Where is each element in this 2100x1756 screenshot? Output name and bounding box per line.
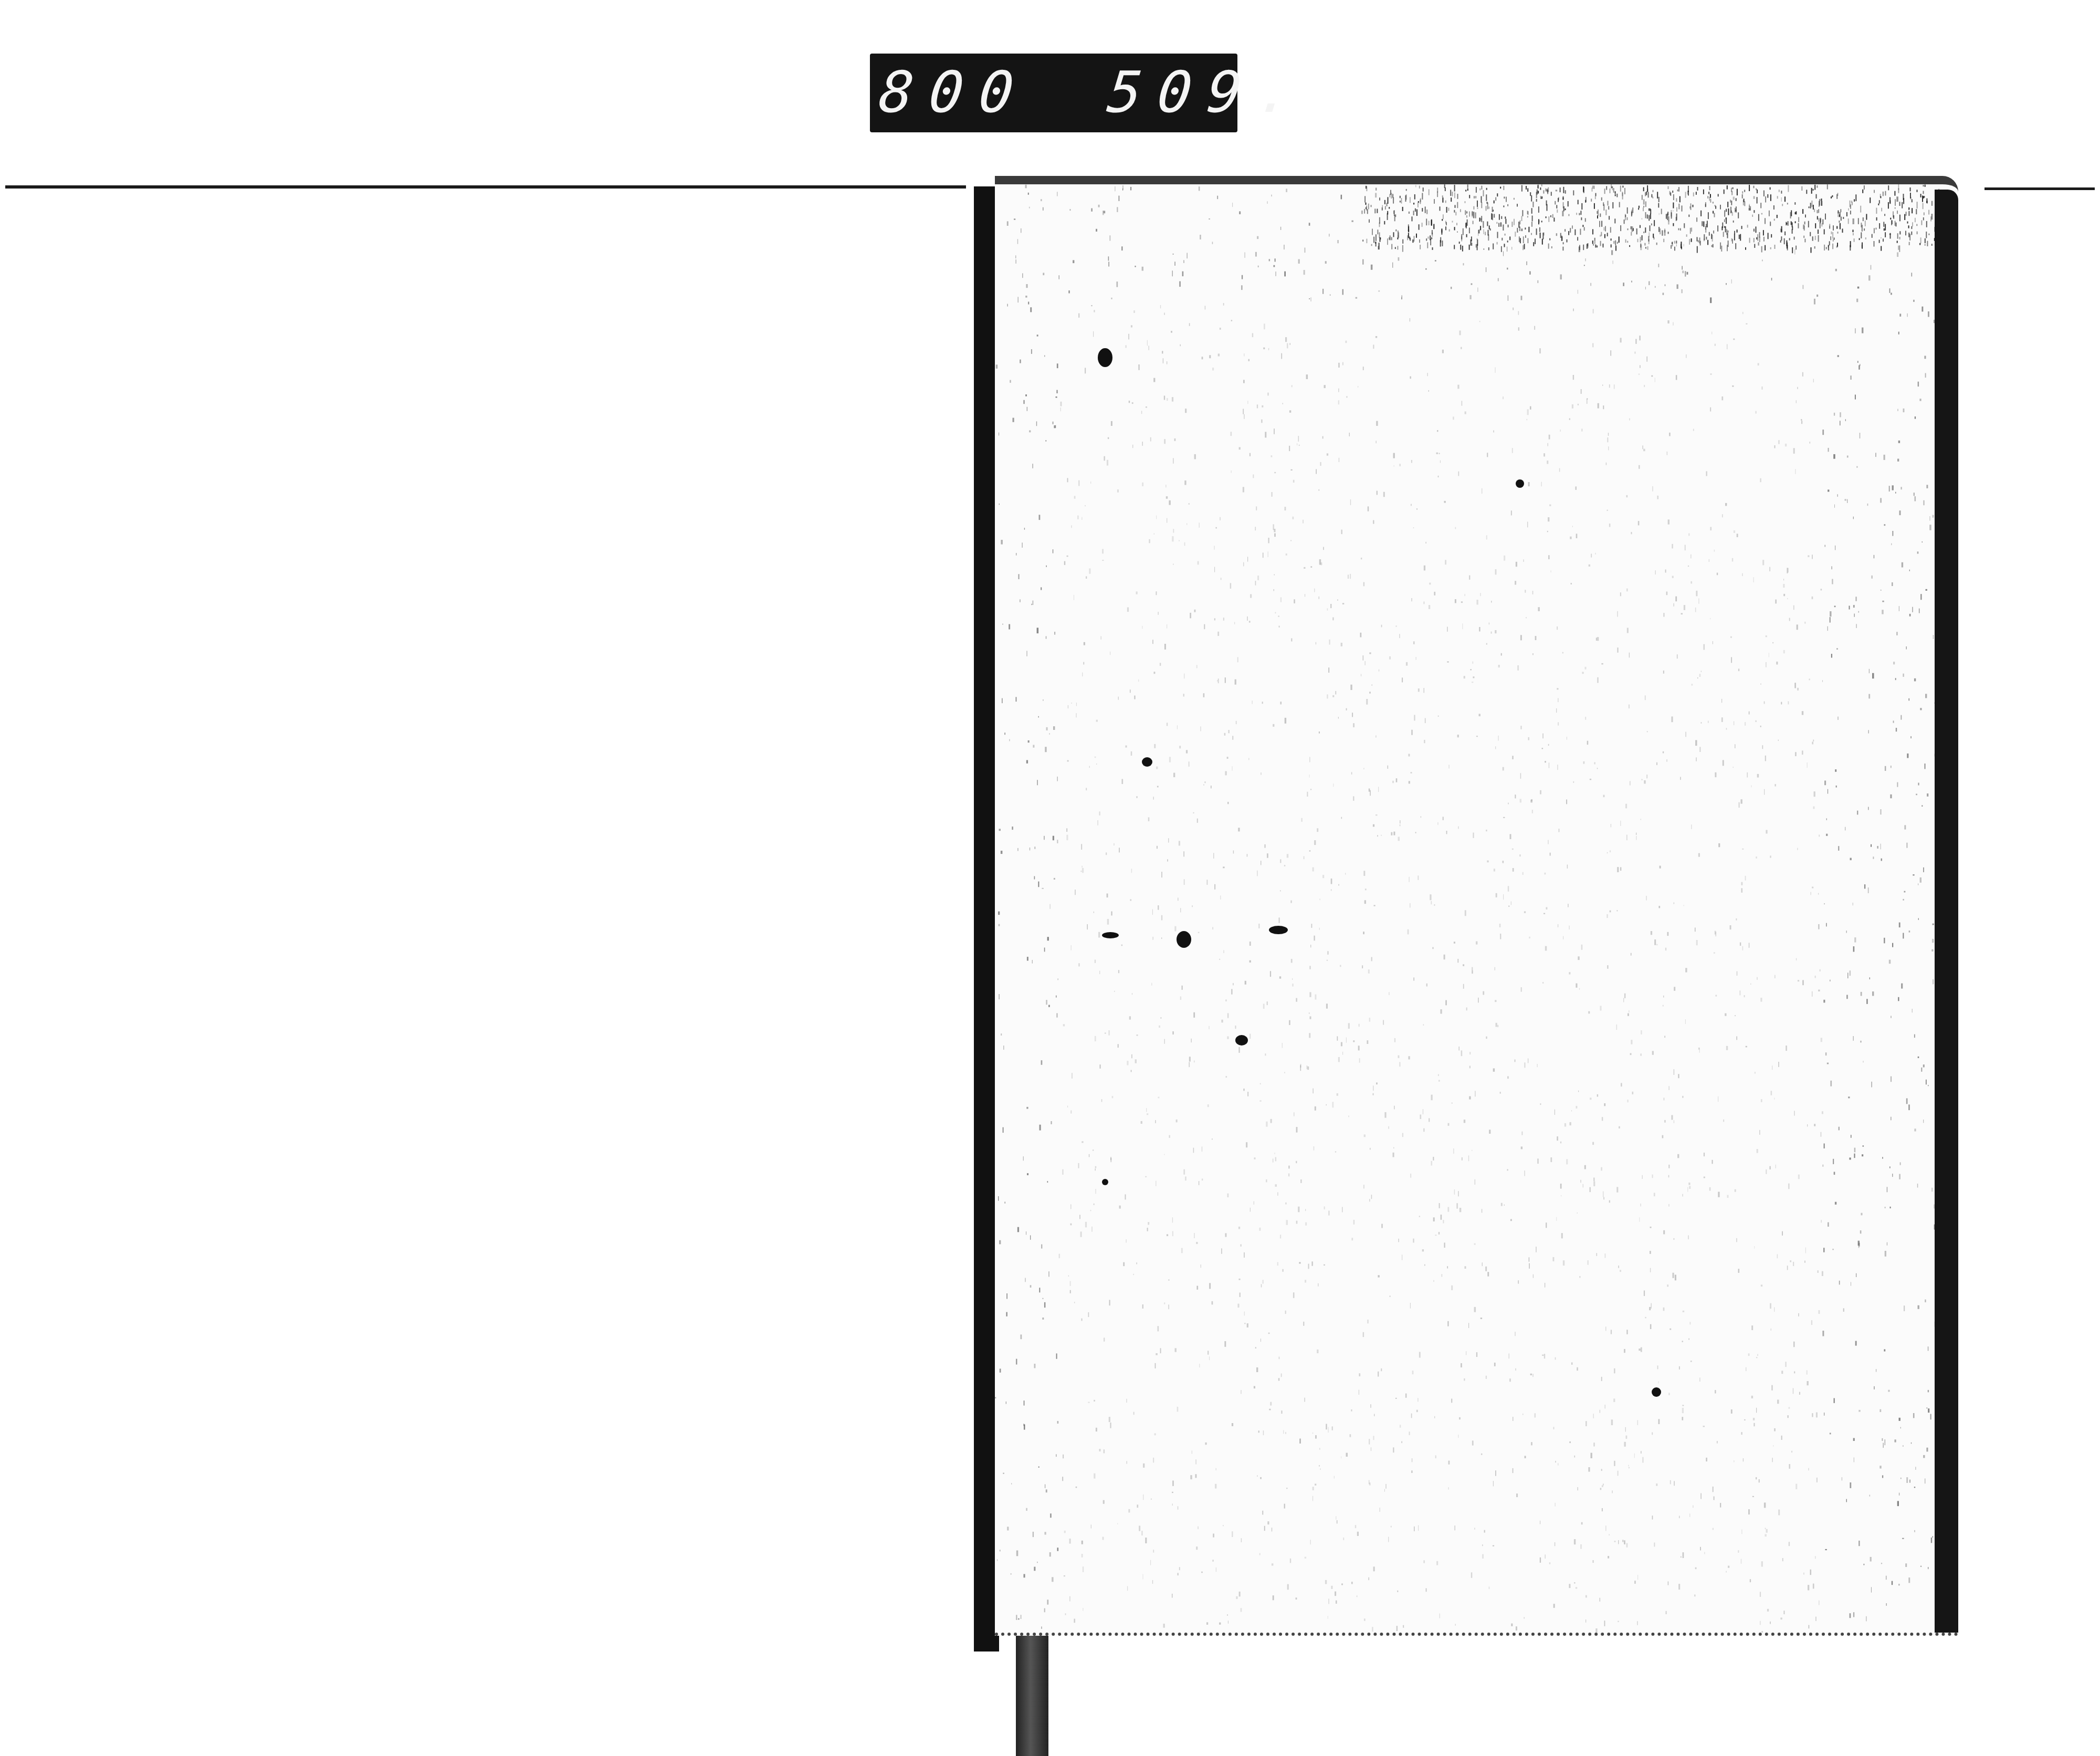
- scanned-book: [974, 176, 1982, 1641]
- frame-id-label: 800 509.: [870, 54, 1237, 132]
- book-cover-page: [995, 176, 1958, 1636]
- book-fore-edge: [1935, 190, 1958, 1636]
- horizontal-rule-left: [5, 185, 966, 189]
- reel-number: 800: [876, 65, 1032, 121]
- paper-speckle-texture: [995, 184, 1958, 1636]
- frame-number: 509.: [1105, 65, 1310, 121]
- horizontal-rule-right: [1984, 187, 2095, 190]
- spine-bottom-strip: [1016, 1633, 1048, 1756]
